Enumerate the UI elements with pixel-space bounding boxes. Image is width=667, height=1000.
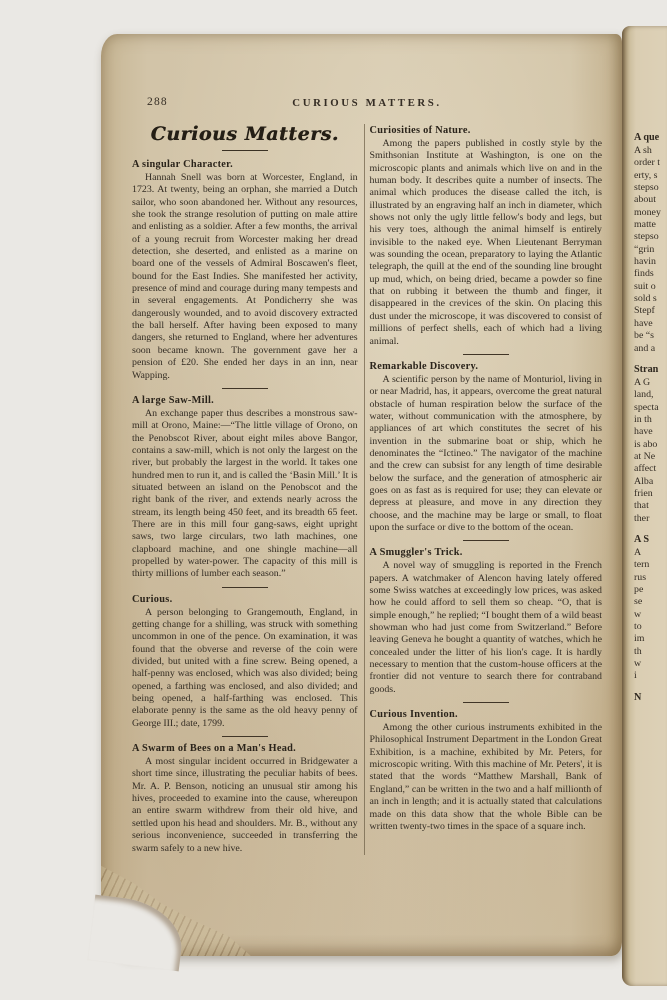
section-swarm-of-bees: A Swarm of Bees on a Man's Head. A most … — [132, 743, 358, 855]
section-curiosities-of-nature: Curiosities of Nature. Among the papers … — [370, 125, 602, 348]
section-heading: Curious. — [132, 594, 358, 605]
section-heading: A singular Character. — [132, 159, 358, 170]
section-body: A scientific person by the name of Montu… — [370, 374, 602, 534]
left-column: Curious Matters. A singular Character. H… — [132, 122, 358, 855]
fragment-heading: A que — [634, 132, 667, 143]
section-body: A novel way of smuggling is reported in … — [370, 560, 602, 696]
fragment-heading: A S — [634, 534, 667, 545]
section-separator — [222, 587, 268, 588]
section-body: Among the papers published in costly sty… — [370, 138, 602, 348]
section-smugglers-trick: A Smuggler's Trick. A novel way of smugg… — [370, 547, 602, 696]
section-curious-invention: Curious Invention. Among the other curio… — [370, 709, 602, 833]
section-separator — [222, 388, 268, 389]
next-page-text: A que A sh order t erty, s stepso about … — [622, 26, 667, 703]
section-heading: Curiosities of Nature. — [370, 125, 602, 136]
page-header: 288 CURIOUS MATTERS. — [132, 96, 602, 114]
section-singular-character: A singular Character. Hannah Snell was b… — [132, 159, 358, 382]
photo-background: 288 CURIOUS MATTERS. Curious Matters. A … — [0, 0, 667, 1000]
section-body: An exchange paper thus describes a monst… — [132, 408, 358, 581]
section-body: A most singular incident occurred in Bri… — [132, 756, 358, 855]
section-large-saw-mill: A large Saw-Mill. An exchange paper thus… — [132, 395, 358, 581]
fragment-section: Stran A G land, specta in th have is abo… — [634, 364, 667, 525]
torn-corner — [87, 895, 186, 972]
title-rule — [222, 150, 268, 151]
running-head: CURIOUS MATTERS. — [132, 97, 602, 109]
book-page: 288 CURIOUS MATTERS. Curious Matters. A … — [101, 34, 622, 956]
section-separator — [463, 354, 509, 355]
section-separator — [463, 702, 509, 703]
section-heading: A large Saw-Mill. — [132, 395, 358, 406]
page-content: 288 CURIOUS MATTERS. Curious Matters. A … — [132, 96, 602, 855]
section-body: Among the other curious instruments exhi… — [370, 722, 602, 833]
text-columns: Curious Matters. A singular Character. H… — [132, 122, 602, 855]
section-remarkable-discovery: Remarkable Discovery. A scientific perso… — [370, 361, 602, 534]
fragment-section: A que A sh order t erty, s stepso about … — [634, 132, 667, 355]
section-heading: A Swarm of Bees on a Man's Head. — [132, 743, 358, 754]
section-body: Hannah Snell was born at Worcester, Engl… — [132, 172, 358, 382]
fragment-section: A S A tern rus pe se w to im th w i — [634, 534, 667, 683]
fragment-lines: A sh order t erty, s stepso about money … — [634, 145, 667, 355]
section-curious: Curious. A person belonging to Grangemou… — [132, 594, 358, 730]
section-heading: Curious Invention. — [370, 709, 602, 720]
fragment-section: N — [634, 692, 667, 703]
fragment-heading: Stran — [634, 364, 667, 375]
column-divider-rule — [364, 124, 365, 855]
fragment-heading: N — [634, 692, 667, 703]
section-heading: A Smuggler's Trick. — [370, 547, 602, 558]
section-separator — [463, 540, 509, 541]
section-separator — [222, 736, 268, 737]
next-page-fragment: A que A sh order t erty, s stepso about … — [622, 26, 667, 986]
fragment-lines: A tern rus pe se w to im th w i — [634, 547, 667, 683]
article-title: Curious Matters. — [132, 123, 358, 145]
fragment-lines: A G land, specta in th have is abo at Ne… — [634, 377, 667, 525]
section-heading: Remarkable Discovery. — [370, 361, 602, 372]
right-column: Curiosities of Nature. Among the papers … — [370, 122, 602, 855]
section-body: A person belonging to Grangemouth, Engla… — [132, 607, 358, 730]
